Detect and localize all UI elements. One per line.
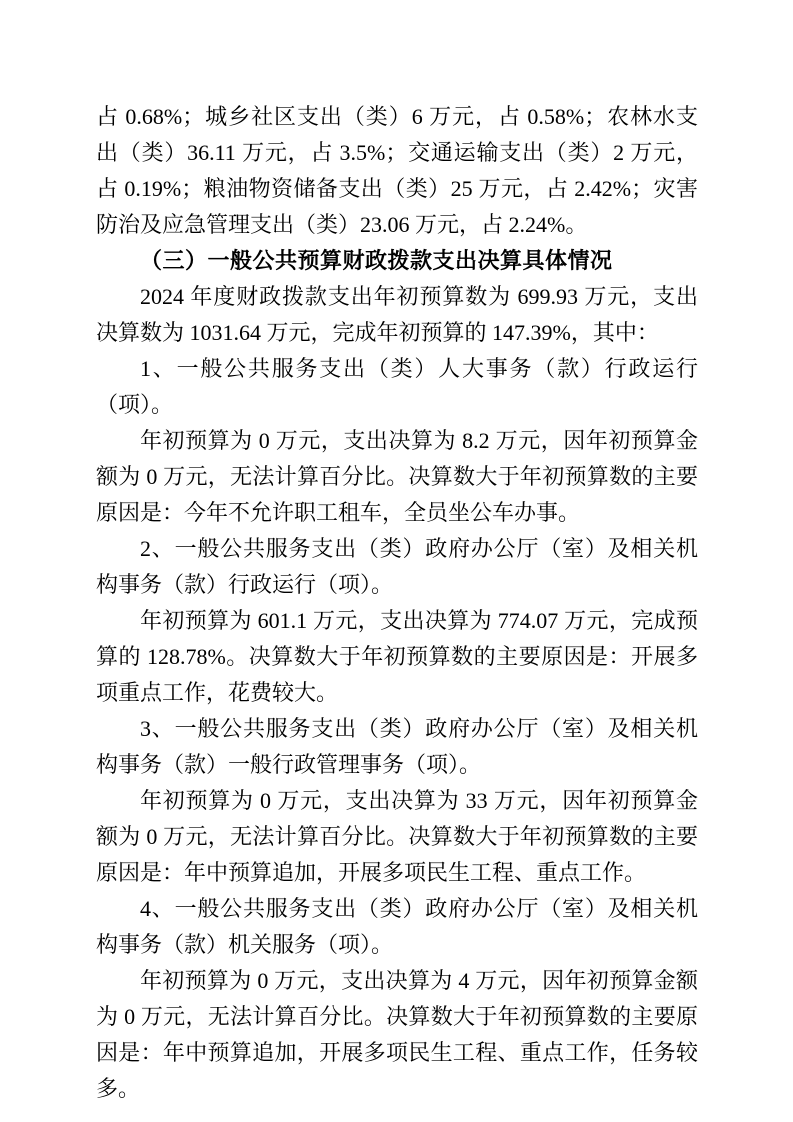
section-heading: （三）一般公共预算财政拨款支出决算具体情况: [96, 243, 698, 279]
paragraph: 年初预算为 601.1 万元，支出决算为 774.07 万元，完成预算的 128…: [96, 603, 698, 711]
paragraph: 2024 年度财政拨款支出年初预算数为 699.93 万元，支出决算数为 103…: [96, 279, 698, 351]
paragraph: 4、一般公共服务支出（类）政府办公厅（室）及相关机构事务（款）机关服务（项）。: [96, 891, 698, 963]
paragraph: 年初预算为 0 万元，支出决算为 4 万元，因年初预算金额为 0 万元，无法计算…: [96, 963, 698, 1107]
paragraph: 年初预算为 0 万元，支出决算为 33 万元，因年初预算金额为 0 万元，无法计…: [96, 783, 698, 891]
document-page: 占 0.68%；城乡社区支出（类）6 万元，占 0.58%；农林水支出（类）36…: [0, 0, 793, 1122]
document-content: 占 0.68%；城乡社区支出（类）6 万元，占 0.58%；农林水支出（类）36…: [96, 99, 698, 1107]
paragraph: 年初预算为 0 万元，支出决算为 8.2 万元，因年初预算金额为 0 万元，无法…: [96, 423, 698, 531]
paragraph: 占 0.68%；城乡社区支出（类）6 万元，占 0.58%；农林水支出（类）36…: [96, 99, 698, 243]
paragraph: 3、一般公共服务支出（类）政府办公厅（室）及相关机构事务（款）一般行政管理事务（…: [96, 711, 698, 783]
paragraph: 1、一般公共服务支出（类）人大事务（款）行政运行（项）。: [96, 351, 698, 423]
paragraph: 2、一般公共服务支出（类）政府办公厅（室）及相关机构事务（款）行政运行（项）。: [96, 531, 698, 603]
